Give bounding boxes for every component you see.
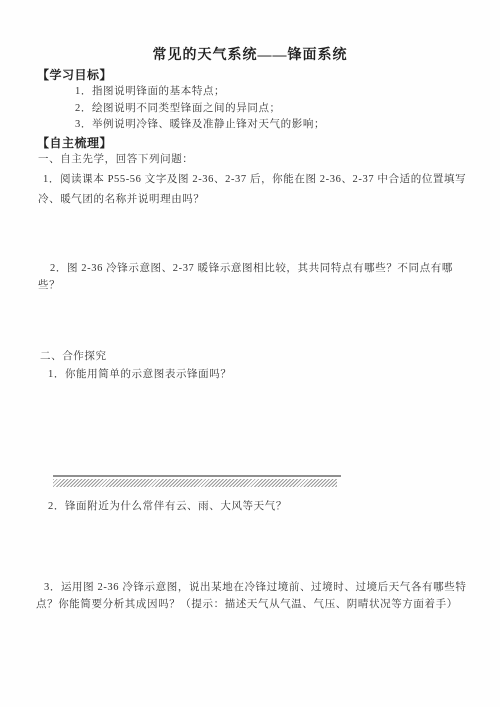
- objective-item-2: 2．绘图说明不同类型锋面之间的异同点；: [75, 101, 465, 118]
- front-schematic-sketch: [53, 475, 343, 487]
- ground-surface-line: [53, 475, 341, 477]
- worksheet-page: 常见的天气系统——锋面系统 【学习目标】 1．指图说明锋面的基本特点； 2．绘图…: [0, 0, 500, 707]
- part2-heading: 二、合作探究: [40, 349, 107, 366]
- objective-item-3: 3．举例说明冷锋、暖锋及准静止锋对天气的影响；: [75, 117, 465, 134]
- part2-question-2: 2．锋面附近为什么常伴有云、雨、大风等天气？: [48, 499, 478, 516]
- objectives-list: 1．指图说明锋面的基本特点； 2．绘图说明不同类型锋面之间的异同点； 3．举例说…: [75, 84, 465, 134]
- part2-question-3: 3．运用图 2-36 冷锋示意图，说出某地在冷锋过境前、过境时、过境后天气各有哪…: [36, 579, 470, 613]
- part2-question-1: 1．你能用简单的示意图表示锋面吗？: [48, 367, 478, 384]
- self-study-heading: 【自主梳理】: [37, 134, 112, 151]
- objectives-heading: 【学习目标】: [37, 66, 112, 83]
- part1-heading: 一、自主先学，回答下列问题：: [38, 152, 193, 169]
- document-title: 常见的天气系统——锋面系统: [0, 44, 500, 64]
- part1-question-2: 2．图 2-36 冷锋示意图、2-37 暖锋示意图相比较，其共同特点有哪些？不同…: [38, 261, 468, 294]
- part1-question-1: 1．阅读课本 P55-56 文字及图 2-36、2-37 后，你能在图 2-36…: [38, 170, 468, 210]
- objective-item-1: 1．指图说明锋面的基本特点；: [75, 84, 465, 101]
- ground-hatch-band: [53, 479, 337, 487]
